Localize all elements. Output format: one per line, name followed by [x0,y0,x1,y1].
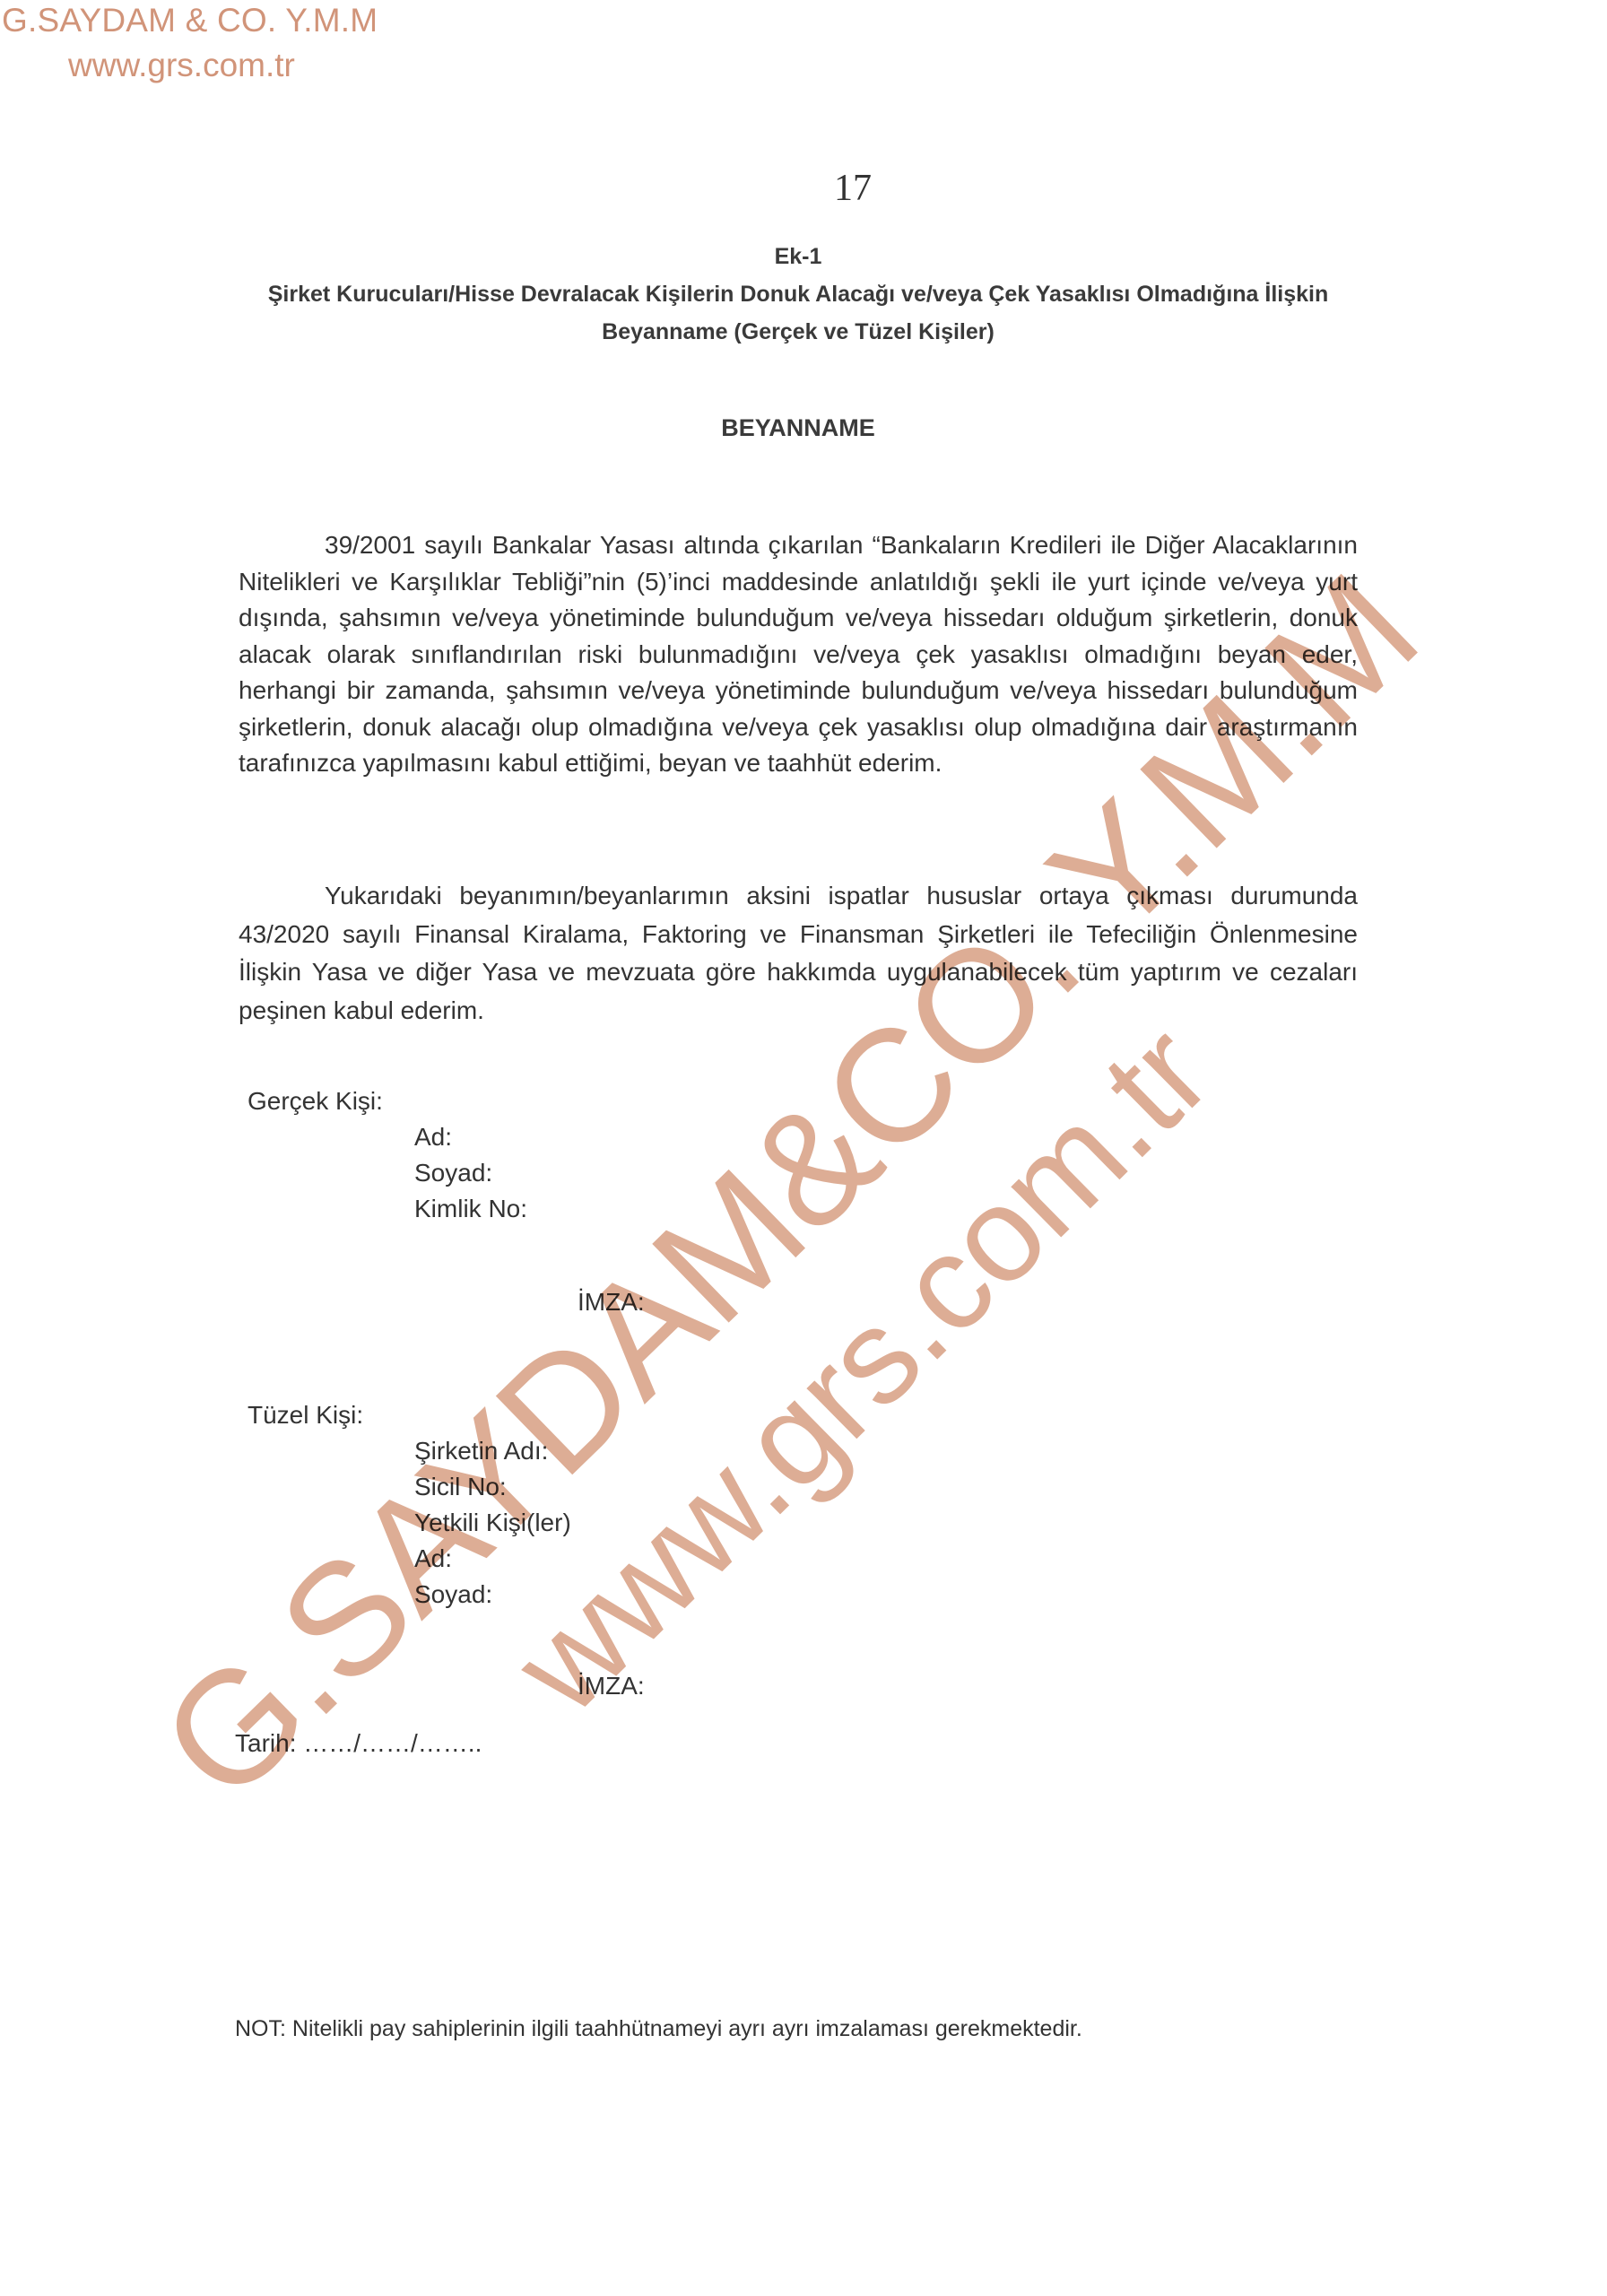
legal-person-surname-field: Soyad: [414,1580,492,1609]
page-number: 17 [0,167,1607,210]
natural-person-signature: İMZA: [578,1288,645,1317]
legal-person-name-field: Ad: [414,1544,452,1573]
company-website-stamp: www.grs.com.tr [68,47,295,84]
legal-person-registry-field: Sicil No: [414,1473,507,1501]
date-field: Tarih: ……/……/…….. [235,1729,482,1758]
legal-person-authorized-field: Yetkili Kişi(ler) [414,1509,571,1537]
natural-person-surname-field: Soyad: [414,1159,492,1187]
footnote: NOT: Nitelikli pay sahiplerinin ilgili t… [235,2016,1082,2042]
declaration-paragraph-2: Yukarıdaki beyanımın/beyanlarımın aksini… [239,877,1358,1030]
declaration-heading: BEYANNAME [233,414,1363,442]
natural-person-id-field: Kimlik No: [414,1195,527,1223]
natural-person-heading: Gerçek Kişi: [248,1087,383,1116]
legal-person-company-name-field: Şirketin Adı: [414,1437,548,1465]
legal-person-signature: İMZA: [578,1672,645,1700]
annex-label: Ek-1 [233,244,1363,270]
document-title-line1: Şirket Kurucuları/Hisse Devralacak Kişil… [233,282,1363,308]
company-stamp: G.SAYDAM & CO. Y.M.M [2,2,378,39]
natural-person-name-field: Ad: [414,1123,452,1152]
legal-person-heading: Tüzel Kişi: [248,1401,363,1430]
document-title-line2: Beyanname (Gerçek ve Tüzel Kişiler) [233,319,1363,345]
watermark-website: www.grs.com.tr [484,996,1238,1743]
declaration-paragraph-1: 39/2001 sayılı Bankalar Yasası altında ç… [239,527,1358,782]
